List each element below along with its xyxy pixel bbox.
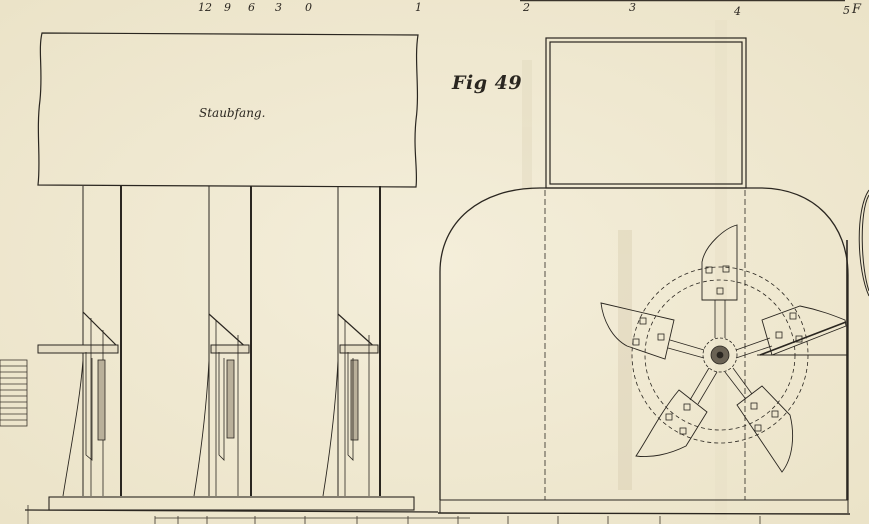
scale-unit-suffix: F bbox=[852, 3, 861, 16]
dust-catcher-label: Staubfang. bbox=[199, 107, 265, 119]
scale-tick-12: 12 bbox=[198, 2, 212, 13]
scale-tick-2: 2 bbox=[523, 2, 530, 13]
figure-number-label: Fig 49 bbox=[452, 74, 522, 93]
technical-plate-drawing bbox=[0, 0, 869, 524]
scale-tick-5: 5 bbox=[843, 5, 850, 16]
scale-tick-3-large: 3 bbox=[629, 2, 636, 13]
scale-tick-4: 4 bbox=[734, 6, 741, 17]
scale-tick-9: 9 bbox=[224, 2, 231, 13]
scale-tick-3: 3 bbox=[275, 2, 282, 13]
scale-tick-6: 6 bbox=[248, 2, 255, 13]
scale-tick-0: 0 bbox=[305, 2, 312, 13]
scale-tick-1: 1 bbox=[415, 2, 422, 13]
